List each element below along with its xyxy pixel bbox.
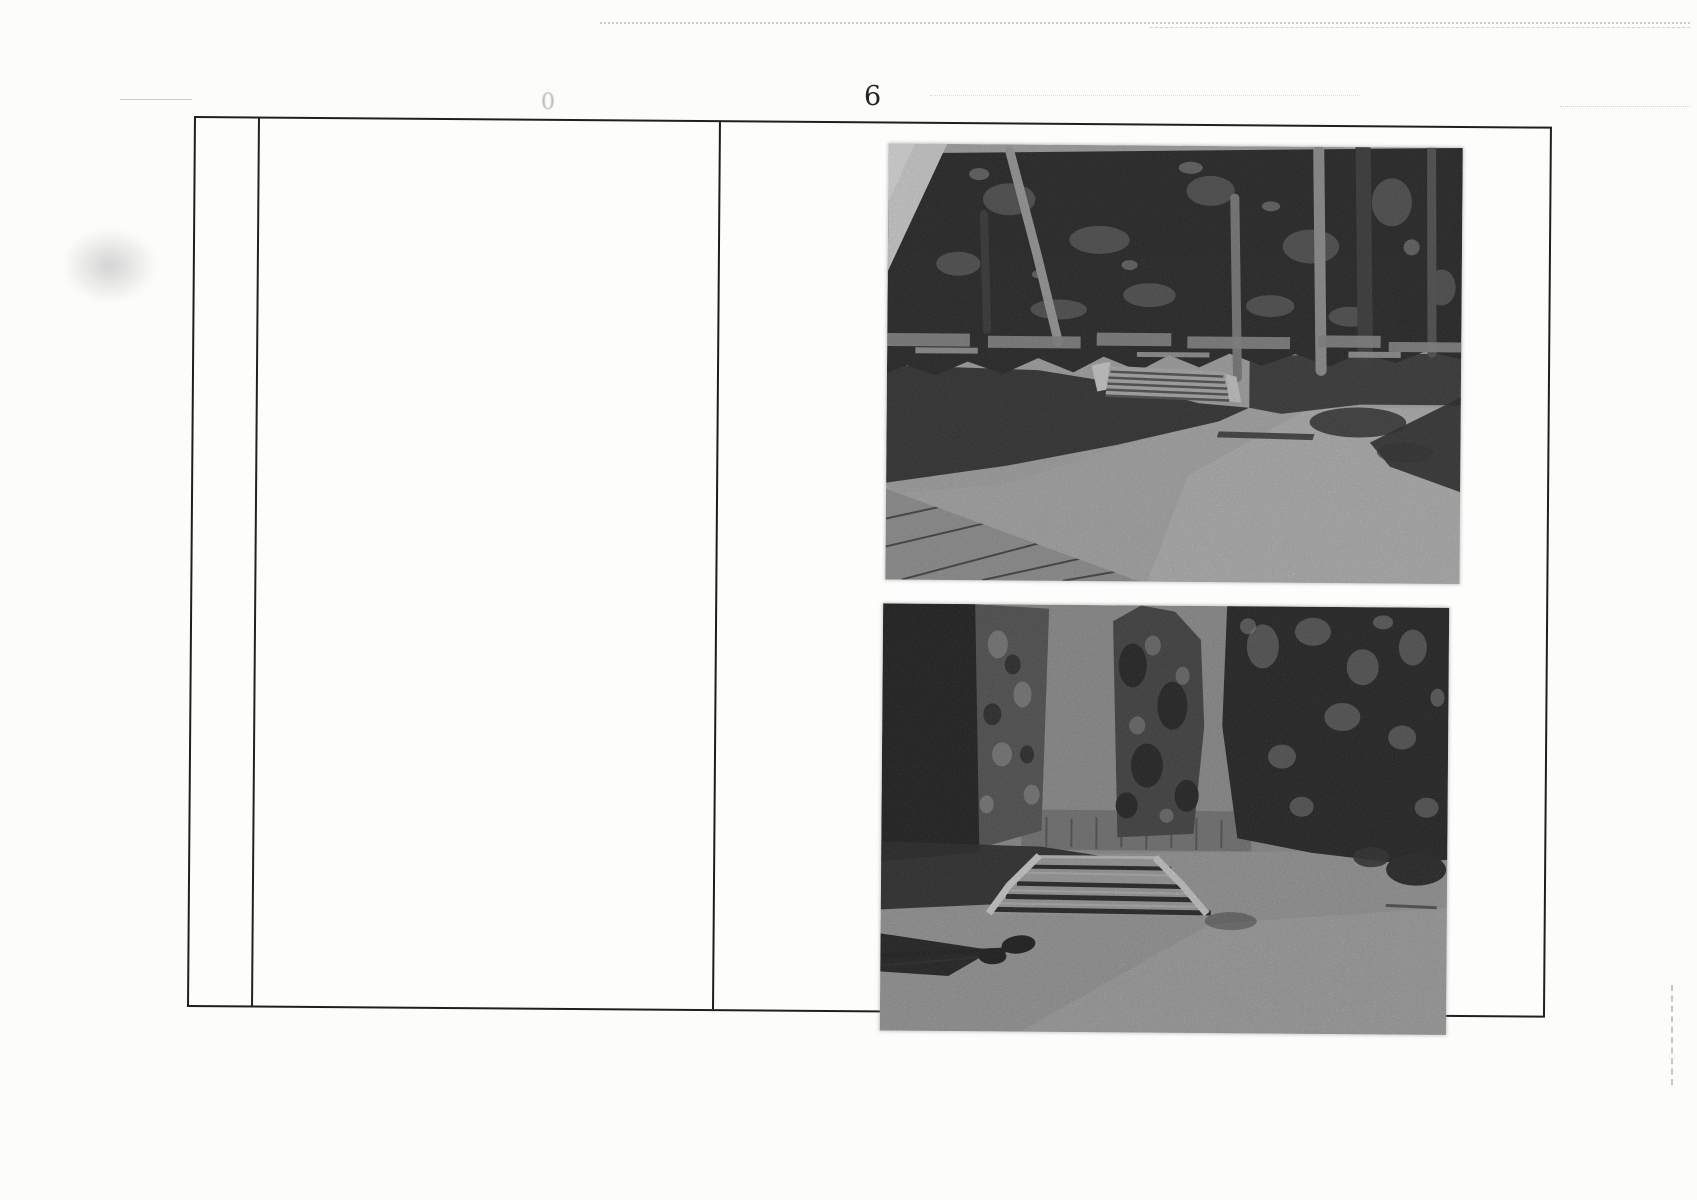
table-column-1 <box>189 118 260 1005</box>
scan-smudge <box>62 228 157 303</box>
photo-lawn-avenue-graphic <box>880 603 1449 1034</box>
photo-lawn-avenue <box>880 603 1449 1034</box>
scan-noise-band <box>600 22 1690 24</box>
scan-edge-artifact <box>1671 985 1673 1085</box>
photo-park-plaza-graphic <box>885 143 1462 583</box>
ghost-character: 0 <box>541 90 555 115</box>
table-column-3 <box>714 122 1554 1016</box>
scan-noise-band <box>1150 27 1690 28</box>
scan-noise-band <box>120 99 192 100</box>
scanned-page: 0 6 <box>0 0 1697 1200</box>
page-number: 6 <box>864 83 881 110</box>
document-table <box>187 116 1552 1018</box>
table-column-2 <box>253 119 721 1010</box>
scan-noise-band <box>1560 106 1690 107</box>
scan-noise-band <box>930 95 1360 96</box>
photo-park-plaza <box>885 143 1462 583</box>
